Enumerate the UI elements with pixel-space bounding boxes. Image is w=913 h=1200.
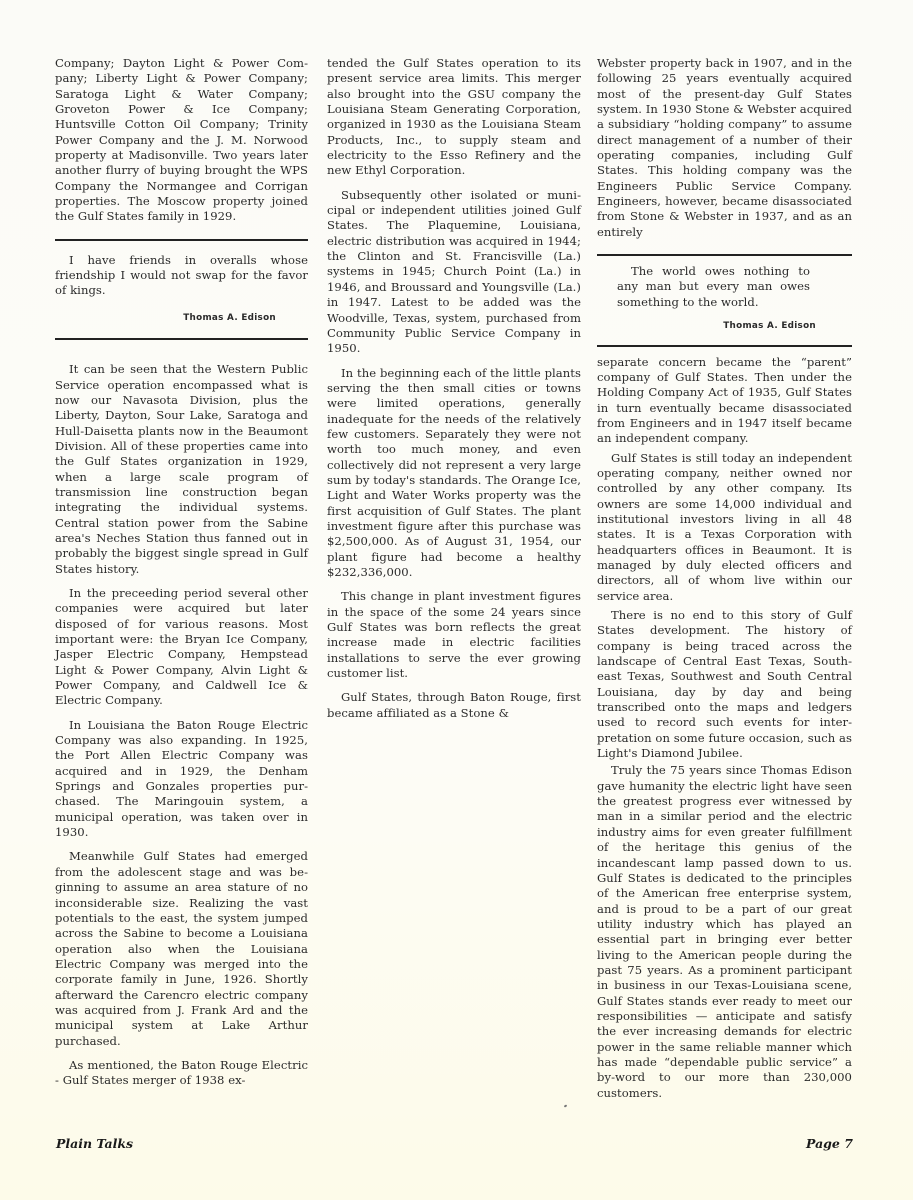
paragraph: In the preceeding period several oth­er … bbox=[55, 586, 308, 709]
paragraph: Gulf States is still today an inde­pende… bbox=[597, 451, 852, 604]
paragraph: There is no end to this story of Gulf St… bbox=[597, 608, 852, 761]
magazine-page: Company; Dayton Light & Power Com­pany; … bbox=[0, 0, 913, 1200]
paragraph: Subsequently other isolated or muni­cipa… bbox=[327, 188, 581, 357]
quote-text: I have friends in overalls whose friends… bbox=[55, 253, 308, 299]
paragraph: Truly the 75 years since Thomas Edi­son … bbox=[597, 763, 852, 1101]
paragraph: It can be seen that the Western Pub­lic … bbox=[55, 362, 308, 577]
paragraph: separate concern became the “parent” com… bbox=[597, 355, 852, 447]
pull-quote: I have friends in overalls whose friends… bbox=[55, 239, 308, 340]
paragraph: Gulf States, through Baton Rouge, first … bbox=[327, 690, 581, 721]
column-right: Webster property back in 1907, and in th… bbox=[597, 56, 852, 1110]
paragraph: Meanwhile Gulf States had emerged from t… bbox=[55, 849, 308, 1048]
column-middle: tended the Gulf States operation to its … bbox=[327, 56, 581, 730]
quote-text: The world owes nothing to any man but ev… bbox=[617, 264, 810, 310]
pull-quote: The world owes nothing to any man but ev… bbox=[597, 254, 852, 346]
column-left: Company; Dayton Light & Power Com­pany; … bbox=[55, 56, 308, 1098]
paragraph: Webster property back in 1907, and in th… bbox=[597, 56, 852, 240]
paragraph: Company; Dayton Light & Power Com­pany; … bbox=[55, 56, 308, 225]
paragraph: As mentioned, the Baton Rouge Elec­tric … bbox=[55, 1058, 308, 1089]
paragraph: This change in plant investment fig­ures… bbox=[327, 589, 581, 681]
paragraph: In Louisiana the Baton Rouge Elec­tric C… bbox=[55, 718, 308, 841]
print-speck bbox=[564, 1104, 568, 1107]
paragraph: tended the Gulf States operation to its … bbox=[327, 56, 581, 179]
page-number: Page 7 bbox=[806, 1136, 853, 1151]
paragraph: In the beginning each of the little plan… bbox=[327, 366, 581, 581]
publication-name: Plain Talks bbox=[56, 1136, 133, 1151]
quote-attribution: Thomas A. Edison bbox=[55, 311, 276, 326]
quote-attribution: Thomas A. Edison bbox=[597, 319, 816, 334]
